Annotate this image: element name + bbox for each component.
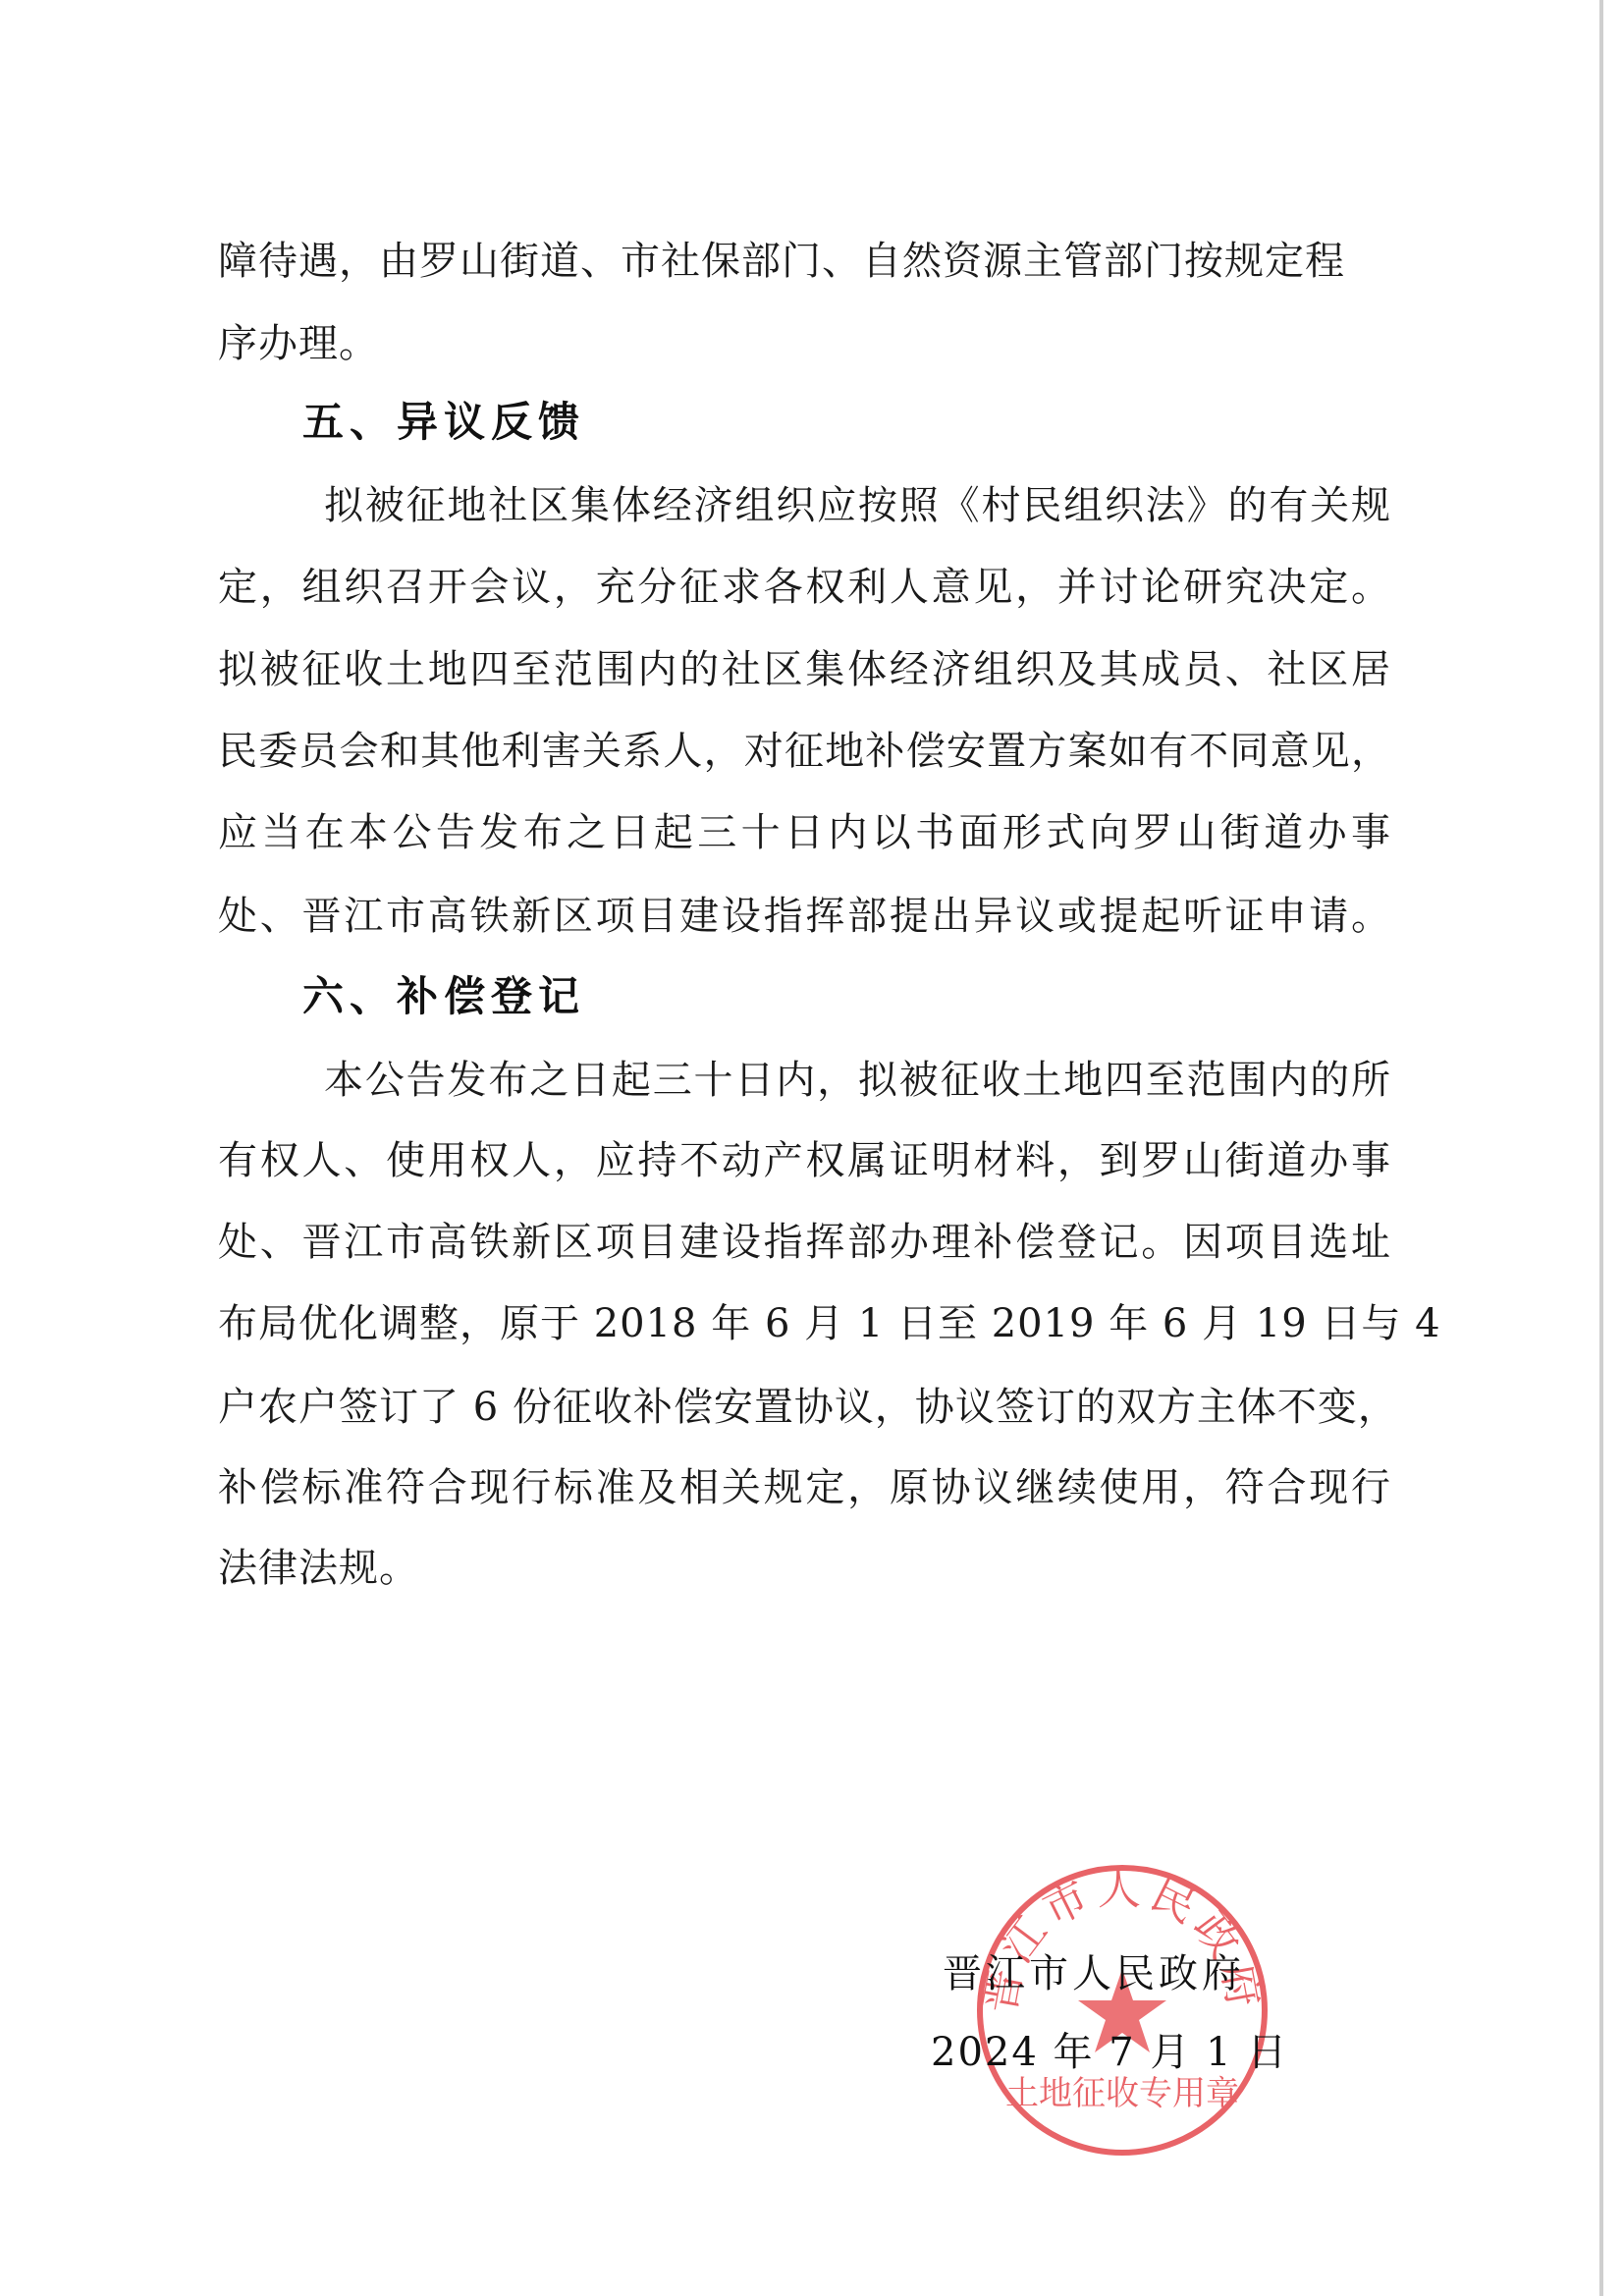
body-line-17: 法律法规。	[218, 1539, 1391, 1598]
body-line-16: 补偿标准符合现行标准及相关规定，原协议继续使用，符合现行	[218, 1458, 1391, 1517]
body-line-12: 有权人、使用权人，应持不动产权属证明材料，到罗山街道办事	[218, 1131, 1391, 1190]
body-line-14: 布局优化调整，原于 2018 年 6 月 1 日至 2019 年 6 月 19 …	[218, 1294, 1391, 1353]
body-line-11: 本公告发布之日起三十日内，拟被征收土地四至范围内的所	[324, 1051, 1391, 1110]
body-line-7: 民委员会和其他利害关系人，对征地补偿安置方案如有不同意见，	[218, 722, 1391, 781]
body-line-1: 障待遇，由罗山街道、市社保部门、自然资源主管部门按规定程	[218, 232, 1391, 291]
body-line-5: 定，组织召开会议，充分征求各权利人意见，并讨论研究决定。	[218, 558, 1391, 617]
section-heading-5: 五、异议反馈	[302, 393, 585, 452]
body-line-15: 户农户签订了 6 份征收补偿安置协议，协议签订的双方主体不变，	[218, 1378, 1391, 1437]
body-line-13: 处、晋江市高铁新区项目建设指挥部办理补偿登记。因项目选址	[218, 1213, 1391, 1272]
document-page: 障待遇，由罗山街道、市社保部门、自然资源主管部门按规定程 序办理。 五、异议反馈…	[0, 0, 1623, 2296]
body-line-6: 拟被征收土地四至范围内的社区集体经济组织及其成员、社区居	[218, 640, 1391, 699]
body-line-9: 处、晋江市高铁新区项目建设指挥部提出异议或提起听证申请。	[218, 887, 1391, 946]
seal-bottom-text: 土地征收专用章	[1005, 2074, 1239, 2113]
body-line-8: 应当在本公告发布之日起三十日内以书面形式向罗山街道办事	[218, 803, 1391, 862]
scan-border	[1599, 0, 1603, 2296]
issue-date: 2024 年 7 月 1 日	[931, 2025, 1288, 2080]
section-heading-6: 六、补偿登记	[302, 967, 585, 1026]
body-line-2: 序办理。	[218, 314, 1391, 373]
body-line-4: 拟被征地社区集体经济组织应按照《村民组织法》的有关规	[324, 476, 1391, 535]
issuer-name: 晋江市人民政府	[943, 1946, 1245, 2001]
official-seal-icon: 晋江市人民政府 土地征收专用章	[975, 1863, 1270, 2158]
